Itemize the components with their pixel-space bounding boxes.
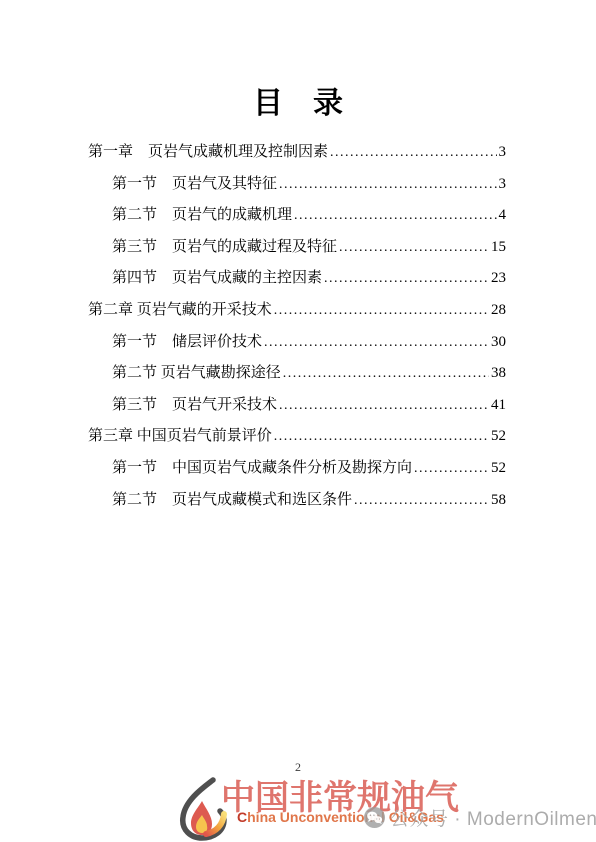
- toc-leader-dots: [339, 232, 489, 264]
- toc: 第一章 页岩气成藏机理及控制因素 3 第一节 页岩气及其特征 3 第二节 页岩气…: [88, 137, 506, 516]
- watermark-text: 公众号 · ModernOilmen: [390, 804, 596, 831]
- toc-entry-page: 38: [491, 358, 506, 390]
- toc-leader-dots: [264, 327, 489, 359]
- toc-entry-chapter-2[interactable]: 第二章 页岩气藏的开采技术 28: [88, 295, 506, 327]
- toc-entry-section-1-2[interactable]: 第二节 页岩气的成藏机理 4: [88, 200, 506, 232]
- toc-entry-page: 41: [491, 390, 506, 422]
- wechat-watermark: 公众号 · ModernOilmen: [363, 804, 596, 831]
- toc-leader-dots: [354, 485, 489, 517]
- toc-entry-page: 30: [491, 327, 506, 359]
- toc-leader-dots: [283, 358, 489, 390]
- toc-entry-label: 第二节 页岩气藏勘探途径: [112, 358, 281, 390]
- toc-entry-page: 58: [491, 485, 506, 517]
- toc-entry-label: 第一章 页岩气成藏机理及控制因素: [88, 137, 328, 169]
- toc-entry-section-1-3[interactable]: 第三节 页岩气的成藏过程及特征 15: [88, 232, 506, 264]
- toc-entry-label: 第二节 页岩气的成藏机理: [112, 200, 292, 232]
- toc-leader-dots: [294, 200, 496, 232]
- toc-entry-page: 4: [499, 200, 507, 232]
- toc-entry-page: 28: [491, 295, 506, 327]
- toc-entry-page: 3: [499, 137, 507, 169]
- toc-entry-section-1-4[interactable]: 第四节 页岩气成藏的主控因素 23: [88, 263, 506, 295]
- toc-leader-dots: [414, 453, 489, 485]
- toc-entry-page: 23: [491, 263, 506, 295]
- toc-entry-label: 第二节 页岩气成藏模式和选区条件: [112, 485, 352, 517]
- toc-entry-label: 第一节 中国页岩气成藏条件分析及勘探方向: [112, 453, 412, 485]
- toc-leader-dots: [324, 263, 489, 295]
- toc-entry-section-2-2[interactable]: 第二节 页岩气藏勘探途径 38: [88, 358, 506, 390]
- toc-entry-label: 第二章 页岩气藏的开采技术: [88, 295, 272, 327]
- wechat-icon: [363, 806, 386, 829]
- toc-entry-section-3-2[interactable]: 第二节 页岩气成藏模式和选区条件 58: [88, 485, 506, 517]
- toc-entry-label: 第四节 页岩气成藏的主控因素: [112, 263, 322, 295]
- toc-entry-label: 第三节 页岩气开采技术: [112, 390, 277, 422]
- toc-entry-page: 15: [491, 232, 506, 264]
- toc-entry-section-1-1[interactable]: 第一节 页岩气及其特征 3: [88, 169, 506, 201]
- toc-entry-page: 52: [491, 421, 506, 453]
- page-title: 目 录: [0, 78, 596, 122]
- toc-entry-label: 第三章 中国页岩气前景评价: [88, 421, 272, 453]
- toc-entry-chapter-3[interactable]: 第三章 中国页岩气前景评价 52: [88, 421, 506, 453]
- toc-leader-dots: [279, 169, 496, 201]
- toc-entry-label: 第一节 储层评价技术: [112, 327, 262, 359]
- toc-leader-dots: [274, 421, 489, 453]
- toc-entry-section-2-1[interactable]: 第一节 储层评价技术 30: [88, 327, 506, 359]
- toc-entry-label: 第三节 页岩气的成藏过程及特征: [112, 232, 337, 264]
- toc-leader-dots: [279, 390, 489, 422]
- toc-entry-page: 52: [491, 453, 506, 485]
- toc-entry-section-3-1[interactable]: 第一节 中国页岩气成藏条件分析及勘探方向 52: [88, 453, 506, 485]
- toc-entry-page: 3: [499, 169, 507, 201]
- toc-leader-dots: [330, 137, 496, 169]
- toc-entry-chapter-1[interactable]: 第一章 页岩气成藏机理及控制因素 3: [88, 137, 506, 169]
- toc-entry-label: 第一节 页岩气及其特征: [112, 169, 277, 201]
- toc-leader-dots: [274, 295, 489, 327]
- toc-entry-section-2-3[interactable]: 第三节 页岩气开采技术 41: [88, 390, 506, 422]
- document-page: { "title": "目 录", "toc": { "rows": [ { "…: [0, 0, 596, 842]
